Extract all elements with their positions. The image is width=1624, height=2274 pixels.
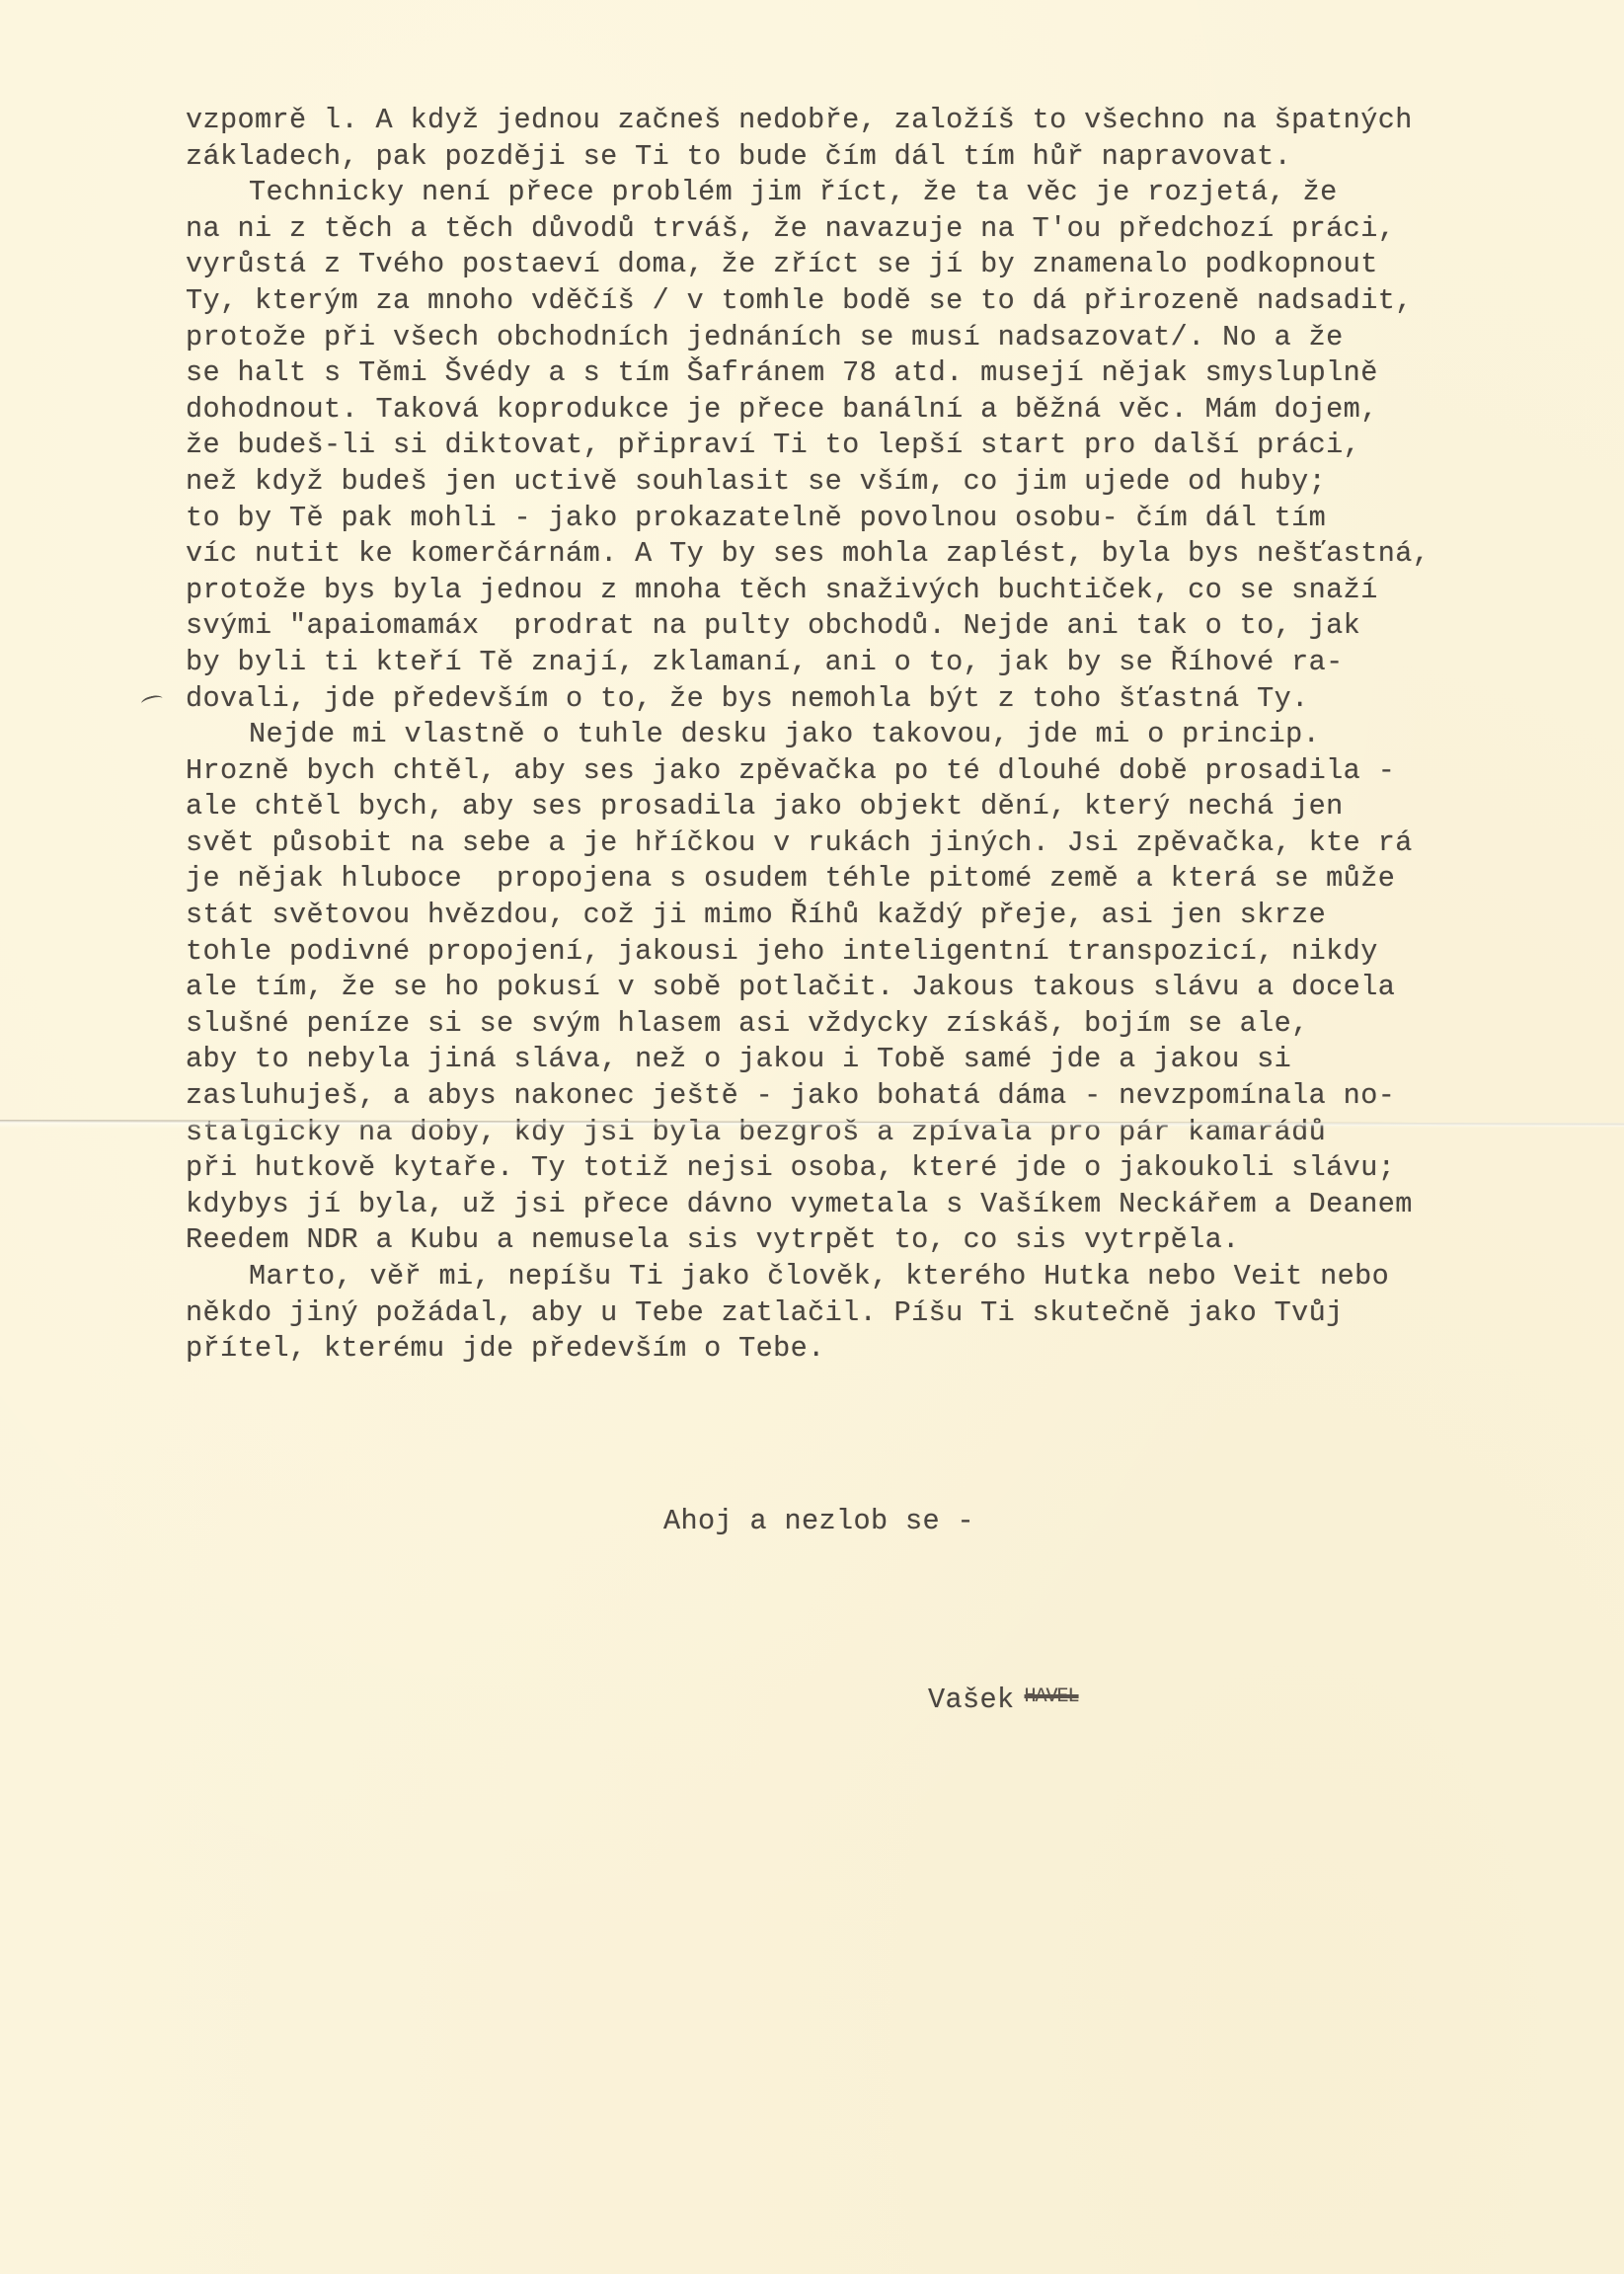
letter-line: zasluhuješ, a abys nakonec ještě - jako … xyxy=(186,1078,1587,1115)
letter-line: na ni z těch a těch důvodů trváš, že nav… xyxy=(186,211,1587,248)
letter-line: je nějak hluboce propojena s osudem téhl… xyxy=(186,861,1587,898)
letter-line: ale tím, že se ho pokusí v sobě potlačit… xyxy=(186,970,1587,1006)
letter-line: základech, pak později se Ti to bude čím… xyxy=(186,139,1587,176)
letter-line: slušné peníze si se svým hlasem asi vždy… xyxy=(186,1006,1587,1043)
letter-line: protože bys byla jednou z mnoha těch sna… xyxy=(186,573,1587,609)
letter-line: Marto, věř mi, nepíšu Ti jako člověk, kt… xyxy=(186,1259,1587,1295)
letter-line: někdo jiný požádal, aby u Tebe zatlačil.… xyxy=(186,1295,1587,1332)
letter-line: to by Tě pak mohli - jako prokazatelně p… xyxy=(186,501,1587,537)
margin-pencil-mark xyxy=(140,693,164,708)
paper-fold-highlight xyxy=(0,1123,1624,1129)
letter-signature: VašekHAVEL xyxy=(859,1651,1079,1749)
letter-line: než když budeš jen uctivě souhlasit se v… xyxy=(186,464,1587,501)
letter-closing: Ahoj a nezlob se - xyxy=(663,1505,974,1537)
letter-line: se halt s Těmi Švédy a s tím Šafránem 78… xyxy=(186,355,1587,392)
letter-line: ale chtěl bych, aby ses prosadila jako o… xyxy=(186,789,1587,825)
letter-line: svými "apaiomamáx prodrat na pulty obcho… xyxy=(186,608,1587,645)
letter-line: Nejde mi vlastně o tuhle desku jako tako… xyxy=(186,717,1587,753)
letter-body: vzpomrě l. A když jednou začneš nedobře,… xyxy=(186,103,1587,1368)
letter-line: vyrůstá z Tvého postaeví doma, že zříct … xyxy=(186,247,1587,283)
signature-struck-surname: HAVEL xyxy=(1025,1686,1079,1708)
signature-name: Vašek xyxy=(928,1684,1015,1716)
letter-line: Hrozně bych chtěl, aby ses jako zpěvačka… xyxy=(186,753,1587,790)
letter-line: svět působit na sebe a je hříčkou v ruká… xyxy=(186,825,1587,862)
letter-line: že budeš-li si diktovat, připraví Ti to … xyxy=(186,428,1587,464)
letter-line: Technicky není přece problém jim říct, ž… xyxy=(186,175,1587,211)
letter-line: Reedem NDR a Kubu a nemusela sis vytrpět… xyxy=(186,1222,1587,1259)
letter-line: aby to nebyla jiná sláva, než o jakou i … xyxy=(186,1042,1587,1078)
letter-line: by byli ti kteří Tě znají, zklamaní, ani… xyxy=(186,645,1587,681)
letter-line: kdybys jí byla, už jsi přece dávno vymet… xyxy=(186,1187,1587,1223)
letter-line: stát světovou hvězdou, což ji mimo Říhů … xyxy=(186,898,1587,934)
letter-line: protože při všech obchodních jednáních s… xyxy=(186,320,1587,356)
letter-line: přítel, kterému jde především o Tebe. xyxy=(186,1331,1587,1368)
letter-line: dovali, jde především o to, že bys nemoh… xyxy=(186,681,1587,718)
letter-line: dohodnout. Taková koprodukce je přece ba… xyxy=(186,392,1587,429)
letter-line: Ty, kterým za mnoho vděčíš / v tomhle bo… xyxy=(186,283,1587,320)
letter-line: při hutkově kytaře. Ty totiž nejsi osoba… xyxy=(186,1150,1587,1187)
letter-line: tohle podivné propojení, jakousi jeho in… xyxy=(186,934,1587,971)
letter-page: vzpomrě l. A když jednou začneš nedobře,… xyxy=(0,0,1624,2274)
letter-line: vzpomrě l. A když jednou začneš nedobře,… xyxy=(186,103,1587,139)
letter-line: víc nutit ke komerčárnám. A Ty by ses mo… xyxy=(186,536,1587,573)
